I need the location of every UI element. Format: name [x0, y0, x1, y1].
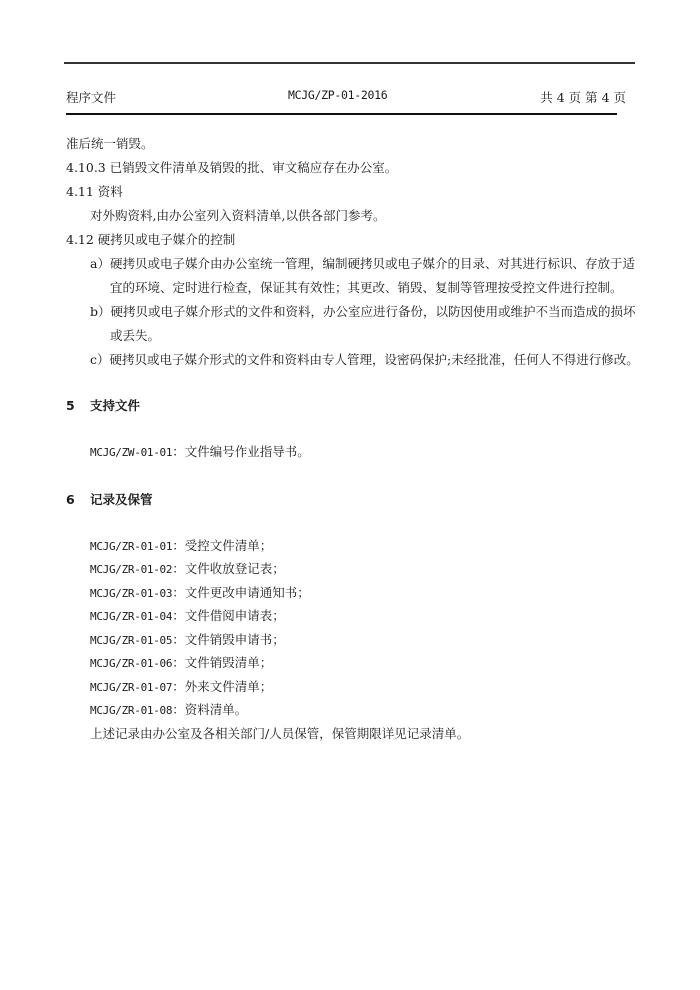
record-item: MCJG/ZR-01-04：文件借阅申请表；	[90, 608, 285, 625]
doc-code: MCJG/ZR-01-03	[90, 587, 172, 600]
doc-desc: ：文件借阅申请表；	[172, 608, 285, 623]
doc-desc: ：文件编号作业指导书。	[172, 444, 310, 459]
header-doc-type: 程序文件	[66, 88, 116, 106]
doc-code: MCJG/ZR-01-08	[90, 704, 172, 717]
clause-4-11-text: 对外购资料,由办公室列入资料清单,以供各部门参考。	[90, 208, 385, 224]
doc-code: MCJG/ZR-01-04	[90, 610, 172, 623]
section-number: 5	[66, 398, 90, 414]
doc-code: MCJG/ZR-01-02	[90, 563, 172, 576]
header-page-count: 共 4 页 第 4 页	[540, 88, 626, 106]
section-5-heading: 5支持文件	[66, 398, 140, 414]
item-b-line1: b）硬拷贝或电子媒介形式的文件和资料，办公室应进行备份，以防因使用或维护不当而造…	[90, 304, 636, 320]
doc-code: MCJG/ZR-01-05	[90, 634, 172, 647]
records-retention-note: 上述记录由办公室及各相关部门/人员保管，保管期限详见记录清单。	[90, 726, 469, 742]
doc-code: MCJG/ZR-01-06	[90, 657, 172, 670]
section-title: 支持文件	[90, 398, 140, 413]
doc-code: MCJG/ZR-01-01	[90, 540, 172, 553]
item-b-line2: 或丢失。	[110, 328, 160, 344]
doc-desc: ：文件收放登记表；	[172, 561, 285, 576]
doc-desc: ：文件销毁申请书；	[172, 632, 285, 647]
header-doc-number: MCJG/ZP-01-2016	[288, 88, 387, 102]
doc-code: MCJG/ZR-01-07	[90, 681, 172, 694]
section-number: 6	[66, 492, 90, 508]
section-title: 记录及保管	[90, 492, 153, 507]
clause-4-12-heading: 4.12 硬拷贝或电子媒介的控制	[66, 232, 235, 248]
clause-4-11-heading: 4.11 资料	[66, 184, 123, 200]
item-a-line1: a）硬拷贝或电子媒介由办公室统一管理，编制硬拷贝或电子媒介的目录、对其进行标识、…	[90, 256, 635, 272]
record-item: MCJG/ZR-01-08：资料清单。	[90, 702, 247, 719]
doc-desc: ：受控文件清单；	[172, 538, 272, 553]
doc-code: MCJG/ZW-01-01	[90, 446, 172, 459]
doc-desc: ：文件更改申请通知书；	[172, 585, 310, 600]
body-line: 准后统一销毁。	[66, 136, 154, 152]
header-rule	[66, 113, 617, 115]
doc-desc: ：资料清单。	[172, 702, 247, 717]
top-rule	[64, 62, 635, 64]
doc-desc: ：文件销毁清单；	[172, 655, 272, 670]
record-item: MCJG/ZR-01-02：文件收放登记表；	[90, 561, 285, 578]
record-item: MCJG/ZR-01-01：受控文件清单；	[90, 538, 272, 555]
record-item: MCJG/ZR-01-03：文件更改申请通知书；	[90, 585, 310, 602]
section-6-heading: 6记录及保管	[66, 492, 153, 508]
clause-4-10-3: 4.10.3 已销毁文件清单及销毁的批、审文稿应存在办公室。	[66, 160, 397, 176]
record-item: MCJG/ZR-01-06：文件销毁清单；	[90, 655, 272, 672]
page-header: 程序文件 MCJG/ZP-01-2016 共 4 页 第 4 页	[66, 88, 626, 108]
support-doc-item: MCJG/ZW-01-01：文件编号作业指导书。	[90, 444, 310, 461]
record-item: MCJG/ZR-01-05：文件销毁申请书；	[90, 632, 285, 649]
doc-desc: ：外来文件清单；	[172, 679, 272, 694]
item-a-line2: 宜的环境、定时进行检查，保证其有效性；其更改、销毁、复制等管理按受控文件进行控制…	[110, 280, 623, 296]
item-c-line1: c）硬拷贝或电子媒介形式的文件和资料由专人管理，设密码保护;未经批准，任何人不得…	[90, 352, 639, 368]
record-item: MCJG/ZR-01-07：外来文件清单；	[90, 679, 272, 696]
